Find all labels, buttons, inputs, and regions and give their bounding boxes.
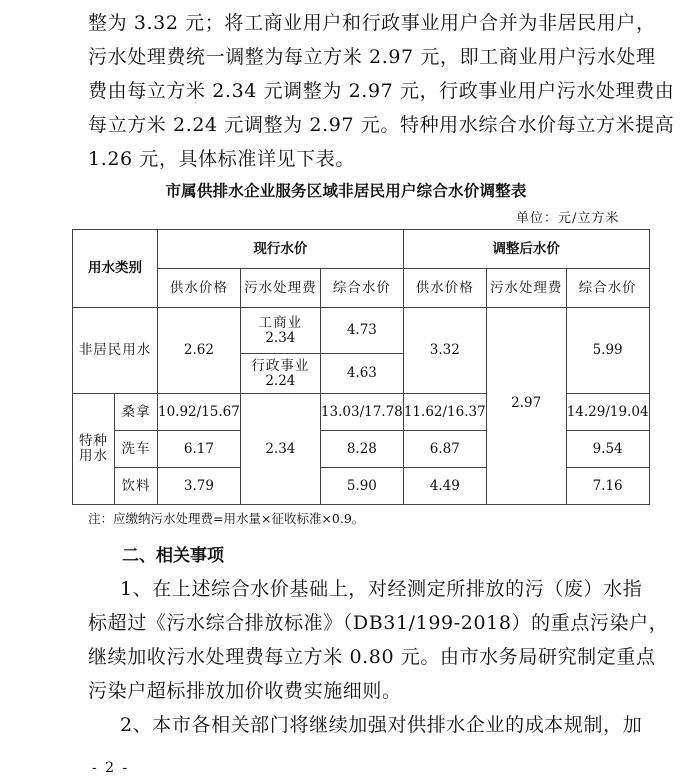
sewage-commercial-fee: 2.34: [241, 331, 320, 346]
sewage-administrative-fee: 2.24: [241, 374, 320, 389]
item1-line-4: 污染户超标排放加价收费实施细则。: [88, 676, 402, 703]
special-sauna-adjusted-combined: 14.29/19.04: [566, 394, 649, 431]
special-carwash-current-combined: 8.28: [320, 431, 403, 468]
header-adjusted-sewage: 污水处理费: [486, 269, 566, 308]
non-residential-label: 非居民用水: [73, 308, 158, 394]
water-price-table: 用水类别 现行水价 调整后水价 供水价格 污水处理费 综合水价 供水价格 污水处…: [72, 229, 650, 505]
section-heading: 二、相关事项: [122, 541, 224, 566]
header-current-supply: 供水价格: [158, 269, 241, 308]
non-residential-current-supply: 2.62: [158, 308, 241, 394]
item1-line-3: 继续加收污水处理费每立方米 0.80 元。由市水务局研究制定重点: [88, 642, 656, 669]
non-residential-adjusted-combined: 5.99: [566, 308, 649, 394]
table-unit: 单位：元/立方米: [516, 207, 619, 226]
special-current-sewage: 2.34: [240, 394, 320, 505]
header-current-group: 现行水价: [158, 230, 404, 269]
special-sauna-name: 桑拿: [115, 394, 158, 431]
special-carwash-adjusted-combined: 9.54: [566, 431, 649, 468]
special-carwash-current-supply: 6.17: [158, 431, 241, 468]
intro-line-1: 整为 3.32 元；将工商业用户和行政事业用户合并为非居民用户，: [88, 8, 656, 35]
intro-line-5: 1.26 元，具体标准详见下表。: [88, 144, 355, 171]
page-number: - 2 -: [92, 760, 129, 776]
intro-line-4: 每立方米 2.24 元调整为 2.97 元。特种用水综合水价每立方米提高: [88, 110, 674, 137]
intro-line-2: 污水处理费统一调整为每立方米 2.97 元，即工商业用户污水处理: [88, 42, 656, 69]
combined-commercial: 4.73: [320, 308, 403, 354]
header-adjusted-combined: 综合水价: [566, 269, 649, 308]
sewage-commercial-type: 工商业: [241, 316, 320, 331]
sewage-administrative: 行政事业 2.24: [240, 354, 320, 394]
item1-line-2: 标超过《污水综合排放标准》（DB31/199-2018）的重点污染户，: [88, 608, 668, 635]
special-sauna-adjusted-supply: 11.62/16.37: [403, 394, 486, 431]
non-residential-adjusted-supply: 3.32: [403, 308, 486, 394]
special-beverage-current-supply: 3.79: [158, 468, 241, 505]
special-label-line1: 特种: [73, 434, 114, 449]
header-category: 用水类别: [73, 230, 158, 308]
header-current-combined: 综合水价: [320, 269, 403, 308]
item2-line-1: 2、本市各相关部门将继续加强对供排水企业的成本规制，加: [120, 710, 642, 737]
header-current-sewage: 污水处理费: [240, 269, 320, 308]
special-carwash-adjusted-supply: 6.87: [403, 431, 486, 468]
item1-line-1: 1、在上述综合水价基础上，对经测定所排放的污（废）水指: [120, 574, 642, 601]
special-label-line2: 用水: [73, 449, 114, 464]
special-sauna-current-supply: 10.92/15.67: [158, 394, 241, 431]
sewage-commercial: 工商业 2.34: [240, 308, 320, 354]
special-beverage-name: 饮料: [115, 468, 158, 505]
special-carwash-name: 洗车: [115, 431, 158, 468]
special-label: 特种 用水: [73, 394, 115, 505]
combined-administrative: 4.63: [320, 354, 403, 394]
table-title: 市属供排水企业服务区域非居民用户综合水价调整表: [0, 179, 692, 201]
header-adjusted-supply: 供水价格: [403, 269, 486, 308]
header-adjusted-group: 调整后水价: [403, 230, 649, 269]
special-beverage-adjusted-combined: 7.16: [566, 468, 649, 505]
intro-line-3: 费由每立方米 2.34 元调整为 2.97 元，行政事业用户污水处理费由: [88, 76, 674, 103]
table-note: 注：应缴纳污水处理费=用水量×征收标准×0.9。: [88, 509, 364, 527]
special-beverage-adjusted-supply: 4.49: [403, 468, 486, 505]
special-sauna-current-combined: 13.03/17.78: [320, 394, 403, 431]
sewage-administrative-type: 行政事业: [241, 359, 320, 374]
adjusted-sewage-fee: 2.97: [486, 308, 566, 505]
special-beverage-current-combined: 5.90: [320, 468, 403, 505]
